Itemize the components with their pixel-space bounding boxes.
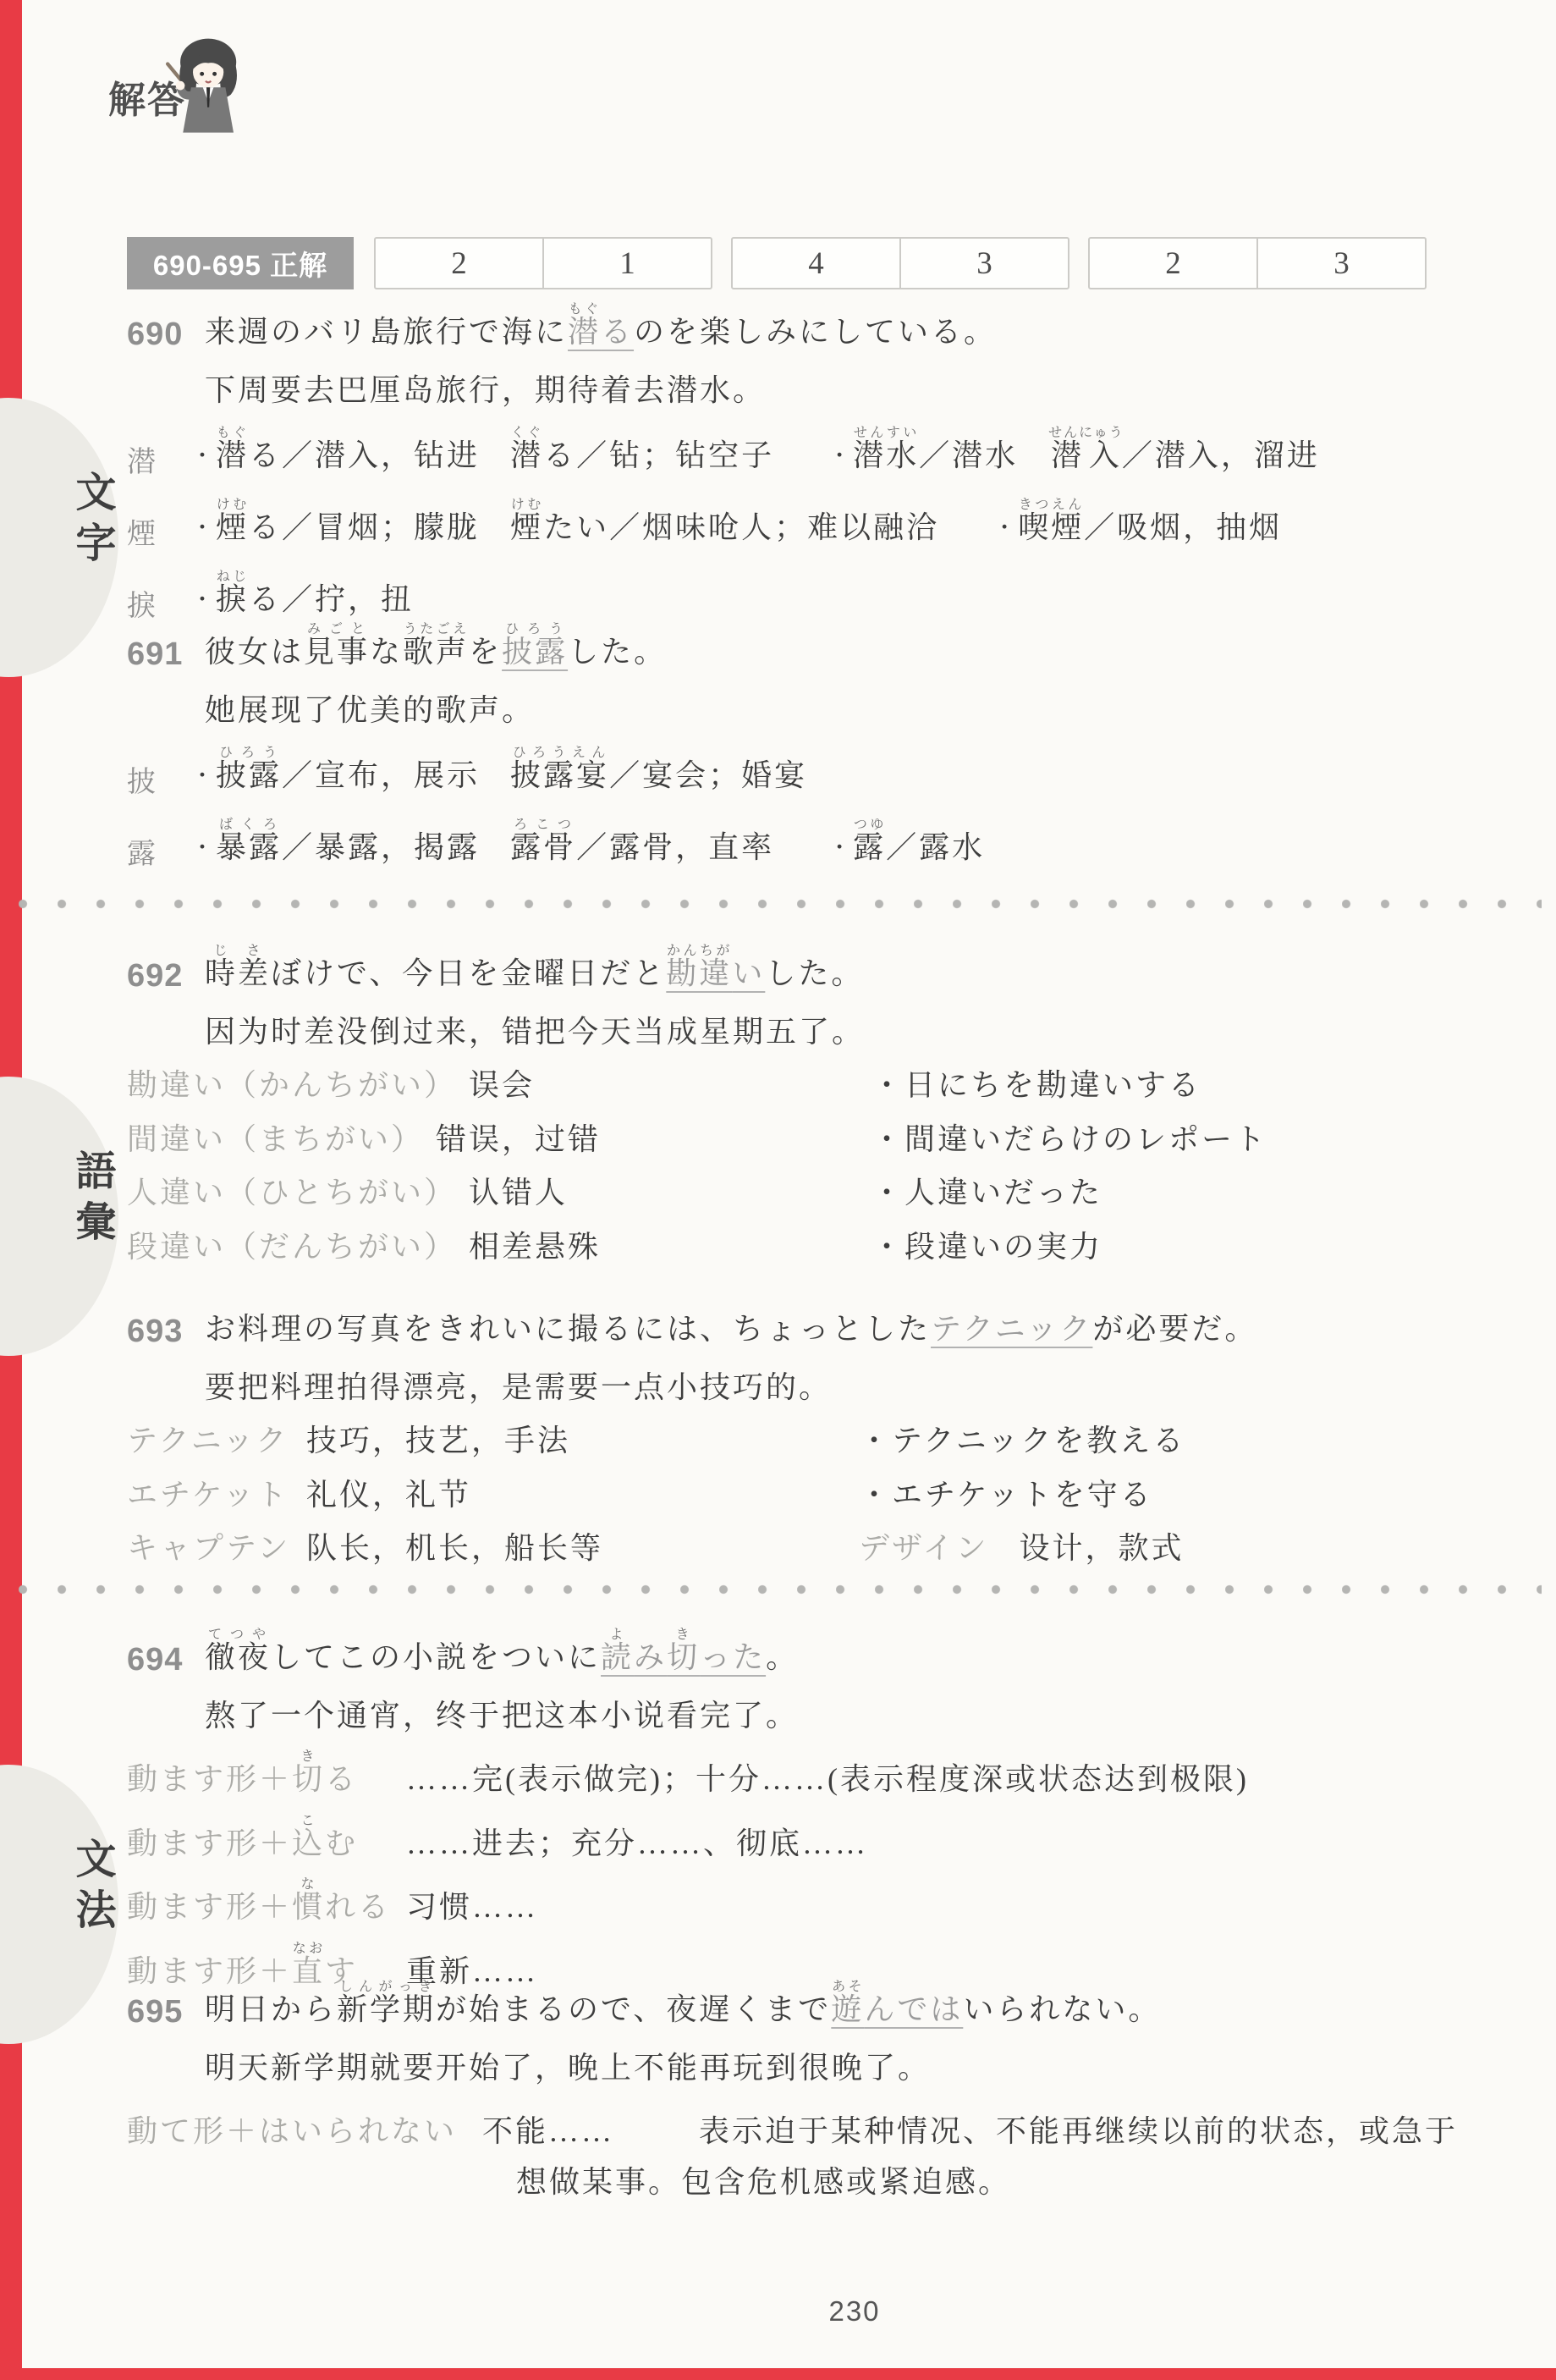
vocab-gloss: 礼仪，礼节 <box>306 1478 471 1512</box>
grammar-meaning: ……进去；充分……、彻底…… <box>406 1808 868 1861</box>
question-number: 692 <box>127 958 205 994</box>
question-number: 693 <box>127 1314 205 1350</box>
grammar-meaning: 不能……表示迫于某种情况、不能再继续以前的状态，或急于 <box>482 2096 1458 2149</box>
japanese-sentence: 徹夜てつやしてこの小説をついに読よみ切きった。 <box>205 1622 799 1675</box>
grammar-pattern: 動ます形＋慣なれる <box>127 1871 406 1925</box>
section-692: 692 時差じさぼけで、今日を金曜日だと勘違かんちがいした。 因为时差没倒过来，… <box>127 938 1531 1264</box>
grammar-meaning-continued: 想做某事。包含危机感或紧迫感。 <box>516 2165 1531 2200</box>
answer-cell-693: 3 <box>899 239 1068 288</box>
vocab-line: ・煙けむる／冒烟；朦胧煙けむたい／烟味呛人；难以融洽・喫煙きつえん／吸烟，抽烟 <box>191 492 1282 552</box>
grammar-pattern: 動て形＋はいられない <box>127 2096 482 2149</box>
kanji-head: 露 <box>127 830 191 872</box>
vocab-line: ・潜もぐる／潜入，钻进潜くぐる／钻；钻空子・潜水せんすい／潜水潜入せんにゅう／潜… <box>191 420 1320 480</box>
grammar-meaning: 习惯…… <box>406 1871 538 1925</box>
grammar-row: 動て形＋はいられない 不能……表示迫于某种情况、不能再继续以前的状态，或急于 <box>127 2096 1531 2149</box>
japanese-sentence: 彼女は見事みごとな歌声うたごえを披露ひろうした。 <box>205 616 667 669</box>
vocab-term: 勘違い（かんちがい） <box>127 1068 457 1102</box>
vocab-row: 潜 ・潜もぐる／潜入，钻进潜くぐる／钻；钻空子・潜水せんすい／潜水潜入せんにゅう… <box>127 420 1531 480</box>
grammar-row: 動ます形＋慣なれる 习惯…… <box>127 1871 1531 1925</box>
section-694: 694 徹夜てつやしてこの小説をついに読よみ切きった。 熬了一个通宵，终于把这本… <box>127 1622 1531 1989</box>
section-691: 691 彼女は見事みごとな歌声うたごえを披露ひろうした。 她展现了优美的歌声。 … <box>127 616 1531 872</box>
section-690: 690 来週のバリ島旅行で海に潜もぐるのを楽しみにしている。 下周要去巴厘岛旅行… <box>127 296 1531 624</box>
grammar-row: 動ます形＋切きる ……完(表示做完)；十分……(表示程度深或状态达到极限) <box>127 1744 1531 1797</box>
answer-group-1: 2 1 <box>374 237 712 289</box>
answer-group-3: 2 3 <box>1088 237 1427 289</box>
vocab-line: ・捩ねじる／拧，扭 <box>191 564 414 624</box>
vocab-entry: キャプテン队长，机长，船长等 デザイン设计，款式 <box>127 1531 1531 1566</box>
textbook-answer-page: 文字 語彙 文法 解答 690-695 正解 2 1 4 3 <box>0 0 1556 2380</box>
answer-cell-692: 4 <box>733 239 899 288</box>
vocab-entry: 勘違い（かんちがい）误会 ・日にちを勘違いする <box>127 1068 1531 1103</box>
question-number: 690 <box>127 317 205 353</box>
page-number: 230 <box>778 2295 931 2328</box>
vocab-example: ・日にちを勘違いする <box>871 1068 1201 1103</box>
section-695: 695 明日から新学期しんがっきが始まるので、夜遅くまで遊あそんではいられない。… <box>127 1974 1531 2200</box>
vocab-gloss: 相差悬殊 <box>469 1230 601 1264</box>
chinese-translation: 因为时差没倒过来，错把今天当成星期五了。 <box>205 1015 1531 1050</box>
vocab-term: テクニック <box>127 1424 294 1458</box>
vocab-gloss: 错误，过错 <box>436 1122 601 1156</box>
dotted-separator <box>19 1584 1542 1595</box>
vocab-row: 披 ・披露ひろう／宣布，展示披露宴ひろうえん／宴会；婚宴 <box>127 740 1531 800</box>
vocab-term: エチケット <box>127 1478 294 1512</box>
chinese-translation: 明天新学期就要开始了，晚上不能再玩到很晚了。 <box>205 2051 1531 2085</box>
vocab-example: ・エチケットを守る <box>859 1478 1153 1512</box>
side-tab-label: 文法 <box>63 1837 121 1939</box>
vocab-example: ・間違いだらけのレポート <box>871 1122 1267 1157</box>
japanese-sentence: 明日から新学期しんがっきが始まるので、夜遅くまで遊あそんではいられない。 <box>205 1974 1161 2027</box>
vocab-gloss: 技巧，技艺，手法 <box>306 1424 570 1457</box>
vocab-line: ・暴露ばくろ／暴露，揭露露骨ろこつ／露骨，直率・露つゆ／露水 <box>191 812 985 872</box>
vocab-entry: テクニック技巧，技艺，手法 ・テクニックを教える <box>127 1424 1531 1458</box>
vocab-term: キャプテン <box>127 1531 294 1566</box>
grammar-pattern: 動ます形＋切きる <box>127 1744 406 1797</box>
japanese-sentence: お料理の写真をきれいに撮るには、ちょっとしたテクニックが必要だ。 <box>205 1293 1257 1347</box>
chinese-translation: 熬了一个通宵，终于把这本小说看完了。 <box>205 1699 1531 1733</box>
vocab-entry: 間違い（まちがい）错误，过错 ・間違いだらけのレポート <box>127 1122 1531 1157</box>
chinese-translation: 要把料理拍得漂亮，是需要一点小技巧的。 <box>205 1370 1531 1405</box>
vocab-entry: エチケット礼仪，礼节 ・エチケットを守る <box>127 1478 1531 1512</box>
page-edge-red-bottom <box>0 2368 1556 2380</box>
section-693: 693 お料理の写真をきれいに撮るには、ちょっとしたテクニックが必要だ。 要把料… <box>127 1293 1531 1567</box>
chinese-translation: 她展现了优美的歌声。 <box>205 693 1531 728</box>
chinese-translation: 下周要去巴厘岛旅行，期待着去潜水。 <box>205 373 1531 408</box>
question-number: 695 <box>127 1994 205 2030</box>
vocab-gloss: 认错人 <box>469 1176 568 1209</box>
vocab-term: 段違い（だんちがい） <box>127 1230 457 1264</box>
answer-cell-690: 2 <box>376 239 542 288</box>
vocab-gloss: 队长，机长，船长等 <box>306 1531 603 1565</box>
grammar-pattern: 動ます形＋込こむ <box>127 1808 406 1861</box>
grammar-meaning: ……完(表示做完)；十分……(表示程度深或状态达到极限) <box>406 1744 1249 1797</box>
vocab-line: ・披露ひろう／宣布，展示披露宴ひろうえん／宴会；婚宴 <box>191 740 807 800</box>
vocab-example: ・段違いの実力 <box>871 1230 1102 1264</box>
side-tab-label: 文字 <box>63 471 121 572</box>
vocab-entry: 人違い（ひとちがい）认错人 ・人違いだった <box>127 1176 1531 1210</box>
vocab-term: 人違い（ひとちがい） <box>127 1176 457 1209</box>
vocab-row: 露 ・暴露ばくろ／暴露，揭露露骨ろこつ／露骨，直率・露つゆ／露水 <box>127 812 1531 872</box>
question-number: 691 <box>127 636 205 673</box>
vocab-example: ・人違いだった <box>871 1176 1102 1210</box>
answer-cell-695: 3 <box>1256 239 1425 288</box>
question-number: 694 <box>127 1642 205 1678</box>
vocab-term: 間違い（まちがい） <box>127 1122 424 1156</box>
answer-cell-694: 2 <box>1090 239 1256 288</box>
answer-group-2: 4 3 <box>731 237 1069 289</box>
side-tab-label: 語彙 <box>63 1149 121 1251</box>
answer-range-badge: 690-695 正解 <box>127 237 354 289</box>
grammar-row: 動ます形＋込こむ ……进去；充分……、彻底…… <box>127 1808 1531 1861</box>
vocab-gloss: 误会 <box>469 1068 535 1102</box>
japanese-sentence: 時差じさぼけで、今日を金曜日だと勘違かんちがいした。 <box>205 938 864 991</box>
teacher-girl-illustration <box>157 30 256 138</box>
answer-bar: 690-695 正解 2 1 4 3 2 3 <box>127 237 1445 289</box>
dotted-separator <box>19 899 1542 909</box>
japanese-sentence: 来週のバリ島旅行で海に潜もぐるのを楽しみにしている。 <box>205 296 997 350</box>
answer-cell-691: 1 <box>542 239 711 288</box>
vocab-row: 捩 ・捩ねじる／拧，扭 <box>127 564 1531 624</box>
kanji-head: 煙 <box>127 510 191 552</box>
vocab-example: デザイン设计，款式 <box>859 1531 1185 1566</box>
vocab-example: ・テクニックを教える <box>859 1424 1185 1458</box>
kanji-head: 潜 <box>127 438 191 480</box>
vocab-row: 煙 ・煙けむる／冒烟；朦胧煙けむたい／烟味呛人；难以融洽・喫煙きつえん／吸烟，抽… <box>127 492 1531 552</box>
kanji-head: 披 <box>127 758 191 800</box>
vocab-entry: 段違い（だんちがい）相差悬殊 ・段違いの実力 <box>127 1230 1531 1264</box>
